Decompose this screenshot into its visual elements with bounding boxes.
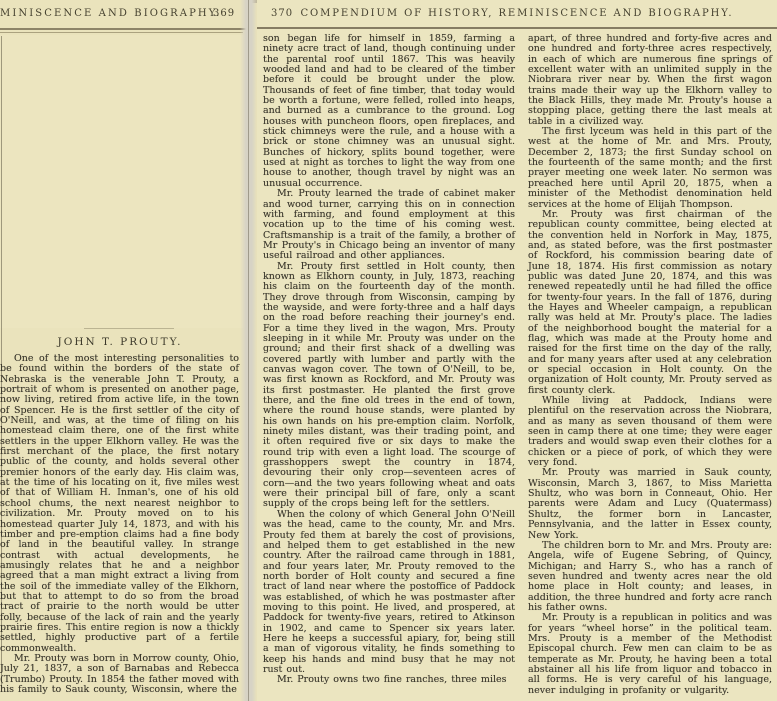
page-369-text-column: One of the most interesting personalitie… [0,354,239,695]
paragraph: Mr. Prouty is a republican in politics a… [528,613,772,696]
paragraph: Mr. Prouty learned the trade of cabinet … [263,189,515,261]
header-rule-right [257,27,777,29]
paragraph: The children born to Mr. and Mrs. Prouty… [528,541,772,613]
header-rule-left-thin [0,32,243,33]
paragraph: The first lyceum was held in this part o… [528,127,772,210]
paragraph: While living at Paddock, Indians were pl… [528,396,772,468]
paragraph: Mr. Prouty was married in Sauk county, W… [528,468,772,540]
page-369-header: MINISCENCE AND BIOGRAPHY. 369 [0,8,249,22]
paragraph: Mr. Prouty first settled in Holt county,… [263,262,515,510]
page-gutter-line [248,0,249,701]
paragraph: When the colony of which General John O'… [263,510,515,676]
paragraph: One of the most interesting personalitie… [0,354,239,654]
blank-portrait-plate [0,35,245,328]
page-370-left-column: son began life for himself in 1859, farm… [263,34,515,686]
running-title-right: COMPENDIUM OF HISTORY, REMINISCENCE AND … [300,8,733,19]
book-spread: MINISCENCE AND BIOGRAPHY. 369 JOHN T. PR… [0,0,777,701]
page-370-right-column: apart, of three hundred and forty-five a… [528,34,772,696]
plate-bottom-mark [84,328,174,329]
paragraph: Mr. Prouty was born in Morrow county, Oh… [0,654,239,695]
paragraph: Mr. Prouty was first chairman of the rep… [528,210,772,396]
paragraph: apart, of three hundred and forty-five a… [528,34,772,127]
page-number-369: 369 [213,8,235,19]
page-369: MINISCENCE AND BIOGRAPHY. 369 JOHN T. PR… [0,0,249,701]
page-370-header: 370 COMPENDIUM OF HISTORY, REMINISCENCE … [257,8,777,22]
article-heading: JOHN T. PROUTY. [0,336,240,348]
running-title-left: MINISCENCE AND BIOGRAPHY. [0,8,221,19]
paragraph: Mr. Prouty owns two fine ranches, three … [263,675,515,685]
header-rule-left-thick [0,28,249,30]
page-number-370: 370 [271,8,293,19]
paragraph: son began life for himself in 1859, farm… [263,34,515,189]
page-370: 370 COMPENDIUM OF HISTORY, REMINISCENCE … [257,0,777,701]
